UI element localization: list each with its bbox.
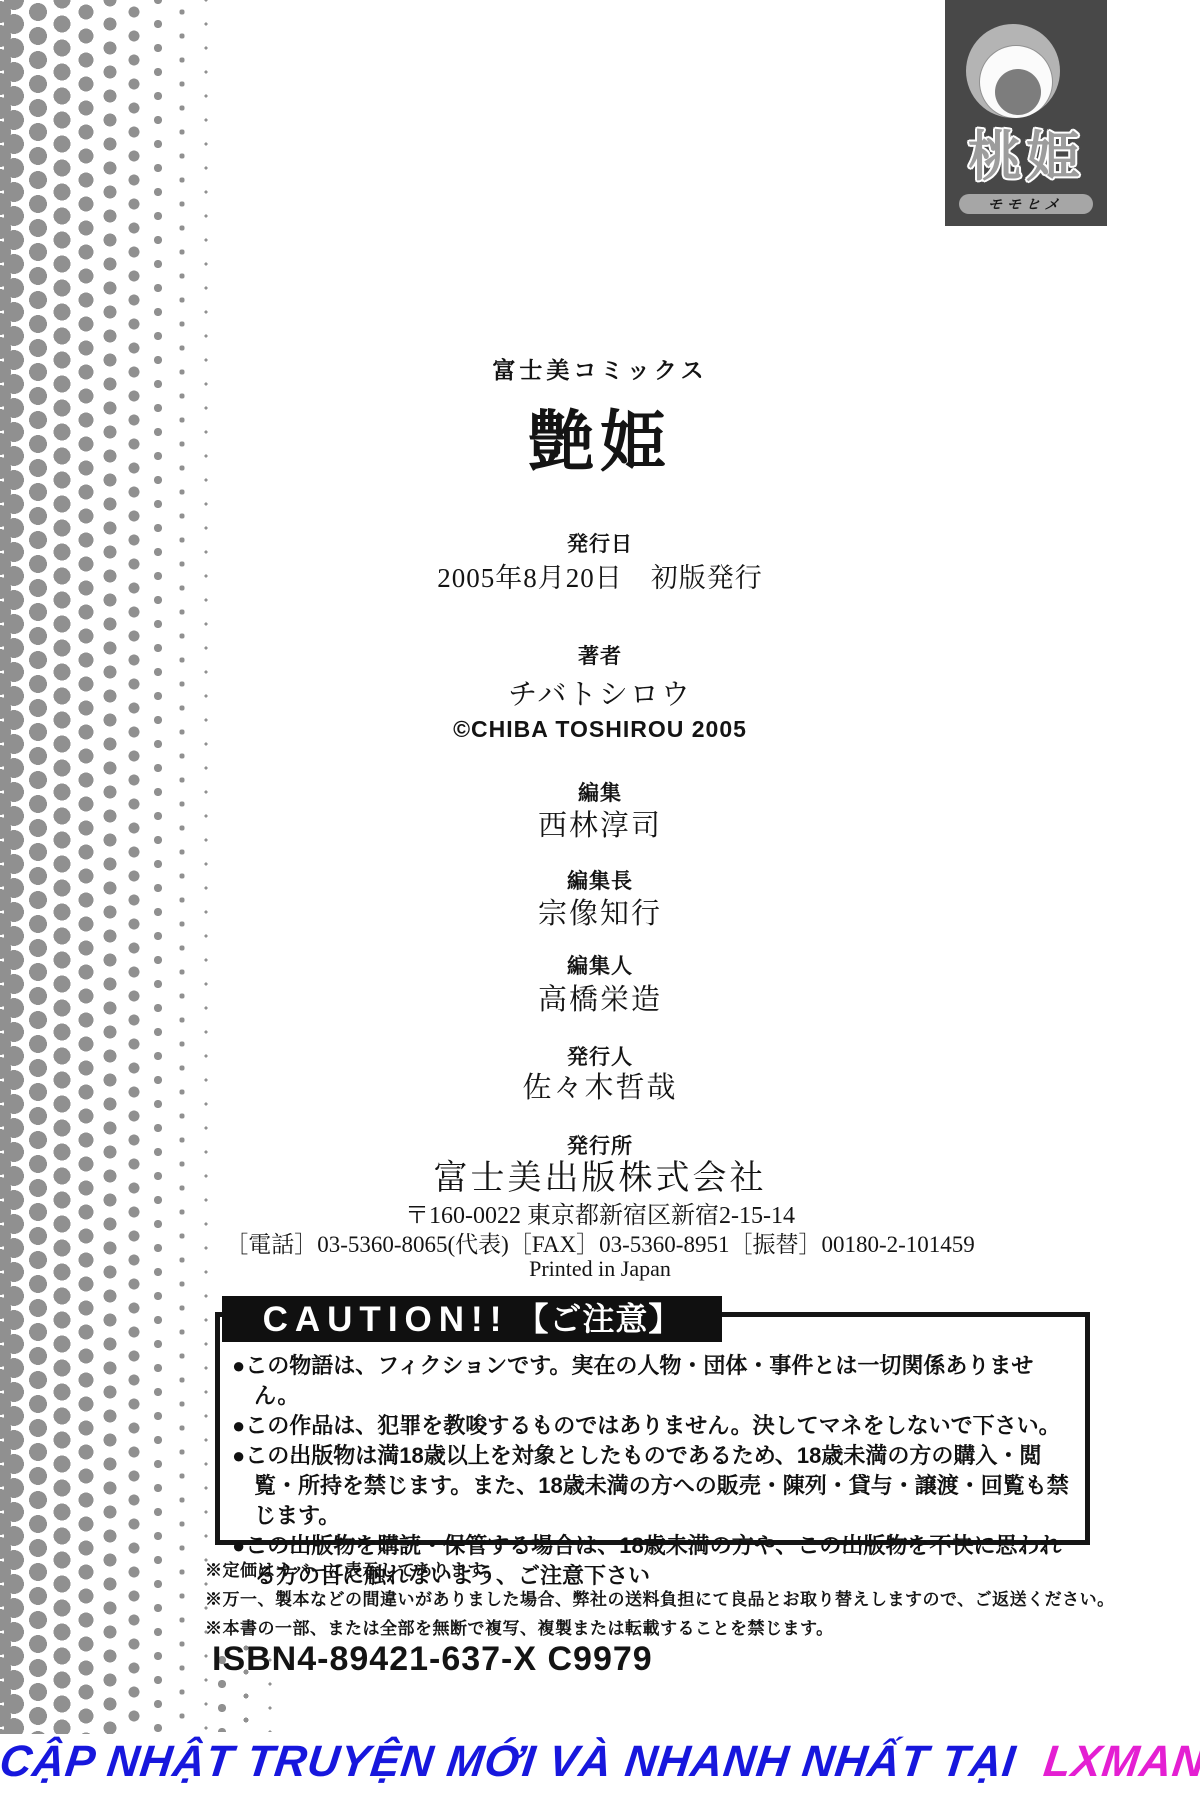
editor-name: 西林淳司 <box>0 803 1200 844</box>
caution-item: ●この出版物を購読・保管する場合は、18歳未満の方や、この出版物を不快に思われる… <box>232 1531 1077 1591</box>
pub-date-value: 2005年8月20日 初版発行 <box>0 556 1200 595</box>
isbn-code: ISBN4-89421-637-X C9979 <box>212 1640 653 1679</box>
author-name: チバトシロウ <box>0 672 1200 713</box>
site-banner: CẬP NHẬT TRUYỆN MỚI VÀ NHANH NHẤT TẠI LX… <box>0 1736 1200 1788</box>
caution-item: ●この出版物は満18歳以上を対象としたものであるため、18歳未満の方の購入・閲覧… <box>232 1441 1077 1531</box>
printed-in-line: Printed in Japan <box>0 1256 1200 1282</box>
caution-item: ●この物語は、フィクションです。実在の人物・団体・事件とは一切関係ありません。 <box>232 1351 1077 1411</box>
caution-box: ●この物語は、フィクションです。実在の人物・団体・事件とは一切関係ありません。 … <box>215 1312 1090 1545</box>
publisher-contacts: ［電話］03-5360-8065(代表)［FAX］03-5360-8951［振替… <box>0 1226 1200 1259</box>
logo-circle-inner <box>995 69 1041 115</box>
managing-editor-name: 高橋栄造 <box>0 977 1200 1018</box>
momohime-logo: 桃姫 モモヒメ <box>945 0 1107 226</box>
publisher-address: 〒160-0022 東京都新宿区新宿2-15-14 <box>0 1195 1200 1230</box>
peach-moon-icon <box>945 0 1107 130</box>
author-label: 著者 <box>0 640 1200 670</box>
managing-editor-label: 編集人 <box>0 950 1200 980</box>
site-banner-link[interactable]: LXMANGA.COM <box>1041 1737 1200 1786</box>
site-banner-message: CẬP NHẬT TRUYỆN MỚI VÀ NHANH NHẤT TẠI <box>0 1737 1019 1786</box>
pub-date-label: 発行日 <box>0 528 1200 558</box>
logo-title: 桃姫 <box>945 128 1107 186</box>
site-banner-text: CẬP NHẬT TRUYỆN MỚI VÀ NHANH NHẤT TẠI LX… <box>0 1736 1200 1788</box>
book-title: 艶姫 <box>0 388 1200 483</box>
caution-header: CAUTION!! 【ご注意】 <box>222 1296 722 1342</box>
series-label: 富士美コミックス <box>0 352 1200 385</box>
caution-item: ●この作品は、犯罪を教唆するものではありません。決してマネをしないで下さい。 <box>232 1411 1077 1441</box>
publisher-person-name: 佐々木哲哉 <box>0 1065 1200 1106</box>
footnote-line: ※本書の一部、または全部を無断で複写、複製または転載することを禁じます。 <box>205 1614 1115 1643</box>
copyright-line: ©CHIBA TOSHIROU 2005 <box>0 716 1200 743</box>
publisher-name: 富士美出版株式会社 <box>0 1150 1200 1199</box>
caution-title-en: CAUTION!! <box>263 1302 509 1337</box>
caution-title-jp: 【ご注意】 <box>516 1303 681 1335</box>
caution-list: ●この物語は、フィクションです。実在の人物・団体・事件とは一切関係ありません。 … <box>232 1351 1077 1591</box>
logo-reading: モモヒメ <box>987 197 1065 211</box>
logo-subtitle-pill: モモヒメ <box>959 194 1093 214</box>
chief-editor-name: 宗像知行 <box>0 891 1200 932</box>
